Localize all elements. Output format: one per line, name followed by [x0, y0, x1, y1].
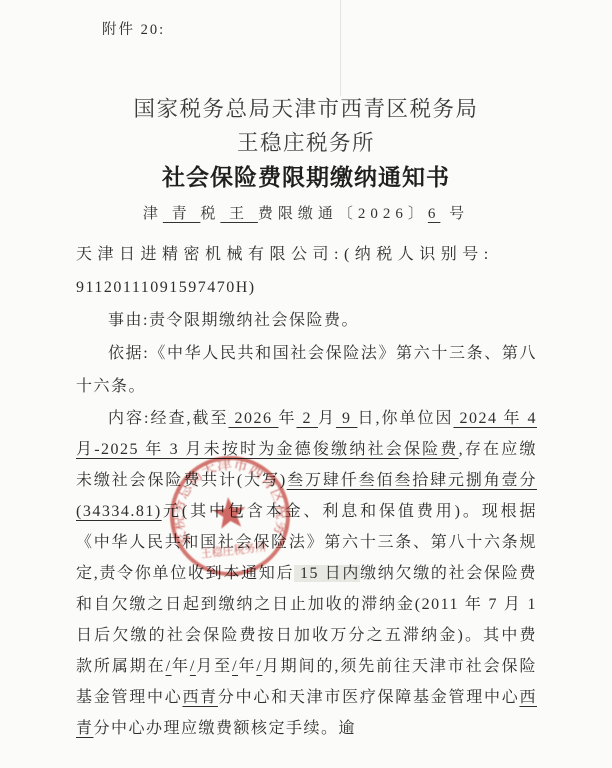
text-segment: 年: [278, 410, 296, 427]
document-header: 国家税务总局天津市西青区税务局 王稳庄税务所 社会保险费限期缴纳通知书 津 青 …: [0, 92, 612, 227]
recipient-company-line: 天津日进精密机械有限公司:(纳税人识别号:: [76, 238, 537, 271]
issuing-authority-line2: 王稳庄税务所: [0, 126, 612, 160]
scan-fold-artifact: [340, 0, 341, 96]
text-segment: 税: [200, 206, 220, 222]
document-body: 天津日进精密机械有限公司:(纳税人识别号: 91120111091597470H…: [76, 238, 537, 744]
text-segment: 月至: [196, 658, 232, 675]
document-number: 津 青 税 王 费限缴通〔2026〕6 号: [0, 201, 612, 227]
text-segment: 青: [163, 206, 201, 222]
text-segment: 津: [143, 206, 163, 222]
basis-paragraph: 依据:《中华人民共和国社会保险法》第六十三条、第八十六条。: [76, 337, 537, 403]
text-segment: 月: [318, 410, 336, 427]
text-segment: 9: [336, 410, 358, 427]
scanned-document-page: 附件 20: 国家税务总局天津市西青区税务局 王稳庄税务所 社会保险费限期缴纳通…: [0, 0, 612, 768]
text-segment: 2026: [228, 410, 278, 427]
issuing-authority-line1: 国家税务总局天津市西青区税务局: [0, 92, 612, 126]
text-segment: 西青: [182, 689, 217, 706]
taxpayer-id-line: 91120111091597470H): [76, 271, 537, 304]
text-segment: 费限缴通〔2026〕: [258, 206, 428, 222]
text-segment: 15 日内: [294, 565, 360, 582]
attachment-label: 附件 20:: [102, 18, 165, 39]
text-segment: 年: [238, 658, 256, 675]
text-segment: 王: [220, 206, 258, 222]
text-segment: 日,你单位因: [357, 410, 453, 427]
text-segment: 分中心和天津市医疗保障基金管理中心: [218, 689, 520, 706]
content-paragraph: 内容:经查,截至 2026 年 2 月 9 日,你单位因 2024 年 4 月-…: [76, 403, 537, 744]
text-segment: 内容:经查,截至: [108, 410, 228, 427]
document-title: 社会保险费限期缴纳通知书: [0, 160, 612, 196]
text-segment: 2: [296, 410, 318, 427]
matter-paragraph: 事由:责令限期缴纳社会保险费。: [76, 304, 537, 337]
text-segment: 年: [172, 658, 190, 675]
text-segment: 分中心办理应缴费额核定手续。逾: [94, 720, 357, 737]
text-segment: 6: [428, 206, 441, 222]
text-segment: 号: [440, 206, 469, 222]
